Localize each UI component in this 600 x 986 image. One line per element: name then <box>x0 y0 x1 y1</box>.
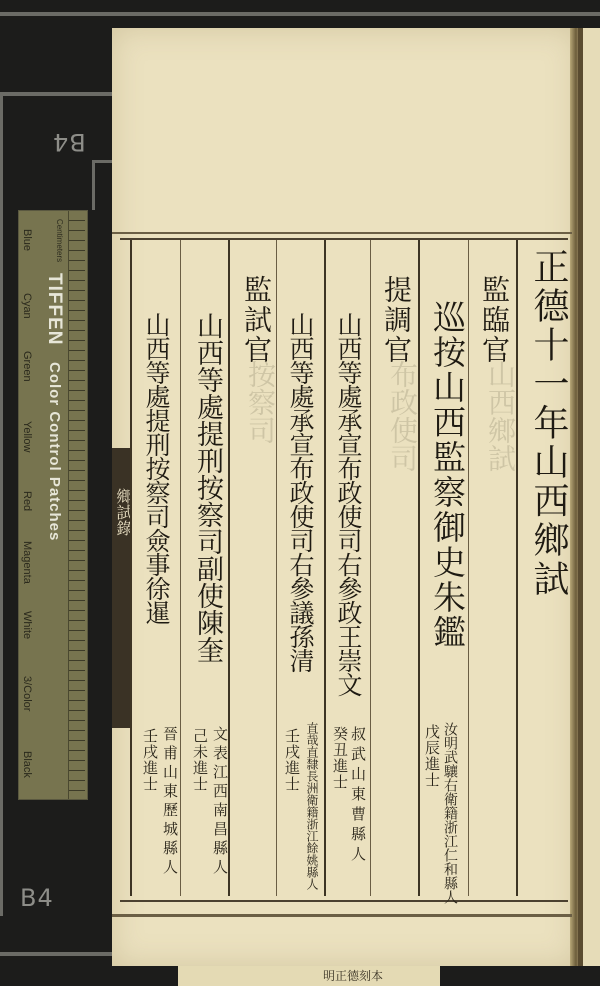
official-note: 壬戌進士 <box>140 728 161 792</box>
show-through-text: 布政使司 <box>382 360 422 472</box>
page-edge-tab: 鄉試錄 <box>112 448 130 728</box>
color-control-card: Centimeters TIFFEN Color Control Patches… <box>18 210 88 800</box>
card-brand: TIFFEN <box>44 273 65 346</box>
role-label-administrator: 提調官 <box>376 275 416 365</box>
column-rule <box>370 240 371 896</box>
patch-label-3color: 3/Color <box>21 676 33 711</box>
patch-label-yellow: Yellow <box>21 421 33 452</box>
patch-label-magenta: Magenta <box>21 541 33 584</box>
patch-label-red: Red <box>21 491 33 511</box>
role-label-proctor: 監試官 <box>236 275 276 365</box>
column-rule <box>130 240 132 896</box>
official-name: 山西等處提刑按察司僉事徐暹 <box>138 312 174 624</box>
official-note: 直哉直隸長洲衛籍浙江餘姚縣人 <box>304 722 321 890</box>
show-through-text: 山西鄉試 <box>480 360 520 472</box>
column-rule <box>324 240 326 896</box>
official-note: 晉甫山東歷城縣人 <box>160 726 181 878</box>
patch-label-black: Black <box>21 751 33 778</box>
next-page-edge <box>578 28 600 966</box>
mat-label-top: B4 <box>52 128 86 156</box>
role-label-supervisor: 監臨官 <box>474 275 514 365</box>
mat-label-bottom: B4 <box>20 884 54 912</box>
bottom-slip-text: 明正德刻本 <box>323 967 383 984</box>
column-rule <box>516 240 518 896</box>
mat-grid-line <box>0 12 600 16</box>
official-note: 己未進士 <box>190 728 211 792</box>
mat-grid-line <box>92 160 112 163</box>
bottom-label-slip: 明正德刻本 <box>178 966 440 986</box>
official-note: 文表江西南昌縣人 <box>210 726 231 878</box>
patch-label-cyan: Cyan <box>21 293 33 319</box>
show-through-text: 按察司 <box>240 360 280 444</box>
patch-label-white: White <box>21 611 33 639</box>
card-brand-title: TIFFEN Color Control Patches <box>43 273 65 541</box>
official-name: 山西等處承宣布政使司右參政王崇文 <box>330 312 366 696</box>
official-name: 山西等處承宣布政使司右參議孫清 <box>282 312 318 672</box>
card-ruler-unit: Centimeters <box>55 219 64 262</box>
card-title: Color Control Patches <box>46 362 63 541</box>
official-note: 壬戌進士 <box>282 728 303 792</box>
patch-label-blue: Blue <box>21 229 33 251</box>
column-rule <box>276 240 277 896</box>
mat-grid-line <box>0 92 112 96</box>
official-note: 叔武山東曹縣人 <box>348 726 369 866</box>
mat-grid-line <box>0 96 3 916</box>
official-note: 戊辰進士 <box>422 724 443 788</box>
card-ruler <box>68 211 85 799</box>
mat-grid-line <box>92 160 95 210</box>
official-note: 癸丑進士 <box>330 726 351 790</box>
mat-grid-line <box>0 952 112 956</box>
official-note: 汝明武驤右衛籍浙江仁和縣人 <box>440 722 460 904</box>
patch-label-green: Green <box>21 351 33 382</box>
official-name: 巡按山西監察御史朱鑑 <box>424 300 471 650</box>
column-rule <box>418 240 420 896</box>
official-name: 山西等處提刑按察司副使陳奎 <box>188 312 227 663</box>
exam-title: 正德十一年山西鄉試 <box>523 248 574 599</box>
